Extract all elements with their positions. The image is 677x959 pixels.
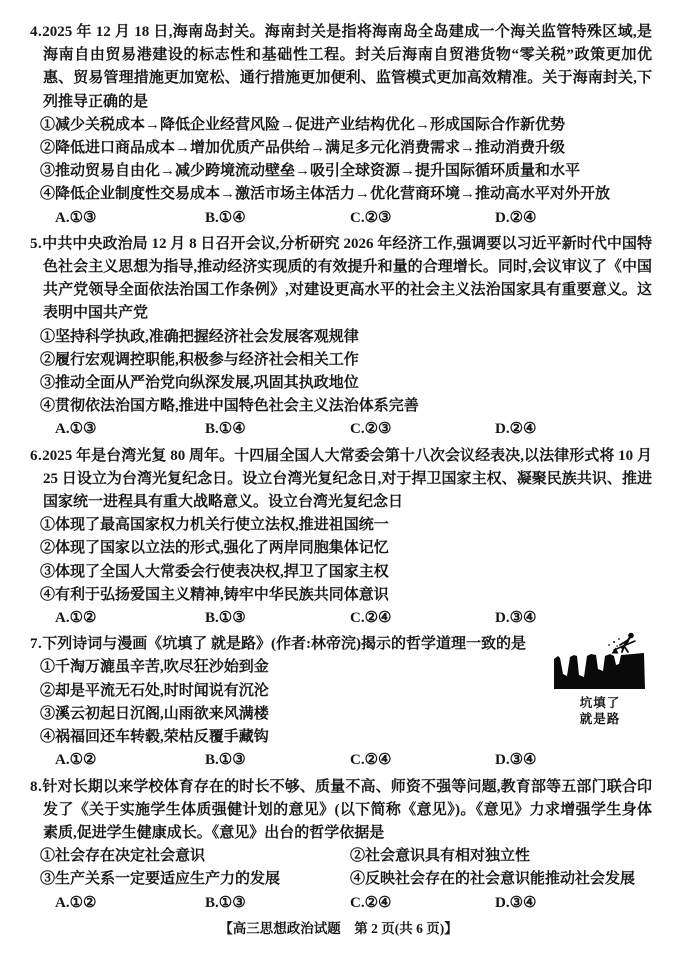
cartoon-caption: 坑填了 就是路 <box>550 695 650 727</box>
option-c: C.②④ <box>350 892 495 915</box>
question-number: 6. <box>30 448 42 464</box>
answer-options-row: A.①③ B.①④ C.②③ D.②④ <box>30 418 652 441</box>
option-a: A.①② <box>55 749 205 772</box>
question-item: ①体现了最高国家权力机关行使立法权,推进祖国统一 <box>30 514 652 537</box>
option-d: D.②④ <box>495 207 652 230</box>
question-6-stem: 6.2025 年是台湾光复 80 周年。十四届全国人大常委会第十八次会议经表决,… <box>30 445 652 515</box>
question-4: 4.2025 年 12 月 18 日,海南岛封关。海南封关是指将海南岛全岛建成一… <box>30 21 652 230</box>
question-6: 6.2025 年是台湾光复 80 周年。十四届全国人大常委会第十八次会议经表决,… <box>30 445 652 631</box>
question-item: ②社会意识具有相对独立性 <box>340 845 652 868</box>
option-b: B.①③ <box>205 749 350 772</box>
option-d: D.②④ <box>495 418 652 441</box>
question-5: 5.中共中央政治局 12 月 8 日召开会议,分析研究 2026 年经济工作,强… <box>30 233 652 442</box>
cartoon-caption-line2: 就是路 <box>550 711 650 727</box>
question-item: ④祸福回还车转毂,荣枯反覆手藏钩 <box>30 726 652 749</box>
option-d: D.③④ <box>495 607 652 630</box>
question-item: ③推动贸易自由化→减少跨境流动壁垒→吸引全球资源→提升国际循环质量和水平 <box>30 160 652 183</box>
question-stem-text: 下列诗词与漫画《坑填了 就是路》(作者:林帝浣)揭示的哲学道理一致的是 <box>42 636 526 652</box>
exam-paper-page: 4.2025 年 12 月 18 日,海南岛封关。海南封关是指将海南岛全岛建成一… <box>0 0 677 959</box>
question-item: ③生产关系一定要适应生产力的发展 <box>30 868 340 891</box>
question-item: ④反映社会存在的社会意识能推动社会发展 <box>340 868 652 891</box>
option-a: A.①③ <box>55 207 205 230</box>
option-b: B.①④ <box>205 207 350 230</box>
option-a: A.①② <box>55 607 205 630</box>
page-footer: 【高三思想政治试题 第 2 页(共 6 页)】 <box>0 917 677 940</box>
question-8-stem: 8.针对长期以来学校体育存在的时长不够、质量不高、师资不强等问题,教育部等五部门… <box>30 776 652 846</box>
question-item: ①社会存在决定社会意识 <box>30 845 340 868</box>
option-b: B.①④ <box>205 418 350 441</box>
question-5-stem: 5.中共中央政治局 12 月 8 日召开会议,分析研究 2026 年经济工作,强… <box>30 233 652 326</box>
option-b: B.①③ <box>205 607 350 630</box>
question-8: 8.针对长期以来学校体育存在的时长不够、质量不高、师资不强等问题,教育部等五部门… <box>30 776 652 915</box>
question-stem-text: 2025 年 12 月 18 日,海南岛封关。海南封关是指将海南岛全岛建成一个海… <box>42 24 652 110</box>
question-item: ③体现了全国人大常委会行使表决权,捍卫了国家主权 <box>30 561 652 584</box>
question-stem-text: 针对长期以来学校体育存在的时长不够、质量不高、师资不强等问题,教育部等五部门联合… <box>42 779 652 841</box>
question-stem-text: 中共中央政治局 12 月 8 日召开会议,分析研究 2026 年经济工作,强调要… <box>42 236 652 322</box>
option-a: A.①③ <box>55 418 205 441</box>
cartoon-drawing-icon <box>551 629 649 691</box>
answer-options-row: A.①③ B.①④ C.②③ D.②④ <box>30 207 652 230</box>
question-item: ①坚持科学执政,准确把握经济社会发展客观规律 <box>30 326 652 349</box>
question-item: ④贯彻依法治国方略,推进中国特色社会主义法治体系完善 <box>30 395 652 418</box>
exam-content: 4.2025 年 12 月 18 日,海南岛封关。海南封关是指将海南岛全岛建成一… <box>30 21 652 918</box>
question-item: ④降低企业制度性交易成本→激活市场主体活力→优化营商环境→推动高水平对外开放 <box>30 183 652 206</box>
answer-options-row: A.①② B.①③ C.②④ D.③④ <box>30 892 652 915</box>
option-d: D.③④ <box>495 749 652 772</box>
question-7: 7.下列诗词与漫画《坑填了 就是路》(作者:林帝浣)揭示的哲学道理一致的是 ①千… <box>30 633 652 772</box>
question-item: ③推动全面从严治党向纵深发展,巩固其执政地位 <box>30 372 652 395</box>
question-items-grid: ①社会存在决定社会意识 ②社会意识具有相对独立性 ③生产关系一定要适应生产力的发… <box>30 845 652 891</box>
cartoon-caption-line1: 坑填了 <box>550 695 650 711</box>
question-4-stem: 4.2025 年 12 月 18 日,海南岛封关。海南封关是指将海南岛全岛建成一… <box>30 21 652 114</box>
question-number: 5. <box>30 236 42 252</box>
option-c: C.②③ <box>350 207 495 230</box>
option-d: D.③④ <box>495 892 652 915</box>
answer-options-row: A.①② B.①③ C.②④ D.③④ <box>30 749 652 772</box>
option-c: C.②③ <box>350 418 495 441</box>
option-a: A.①② <box>55 892 205 915</box>
answer-options-row: A.①② B.①③ C.②④ D.③④ <box>30 607 652 630</box>
question-number: 8. <box>30 779 42 795</box>
question-stem-text: 2025 年是台湾光复 80 周年。十四届全国人大常委会第十八次会议经表决,以法… <box>42 448 652 510</box>
question-number: 4. <box>30 24 42 40</box>
question-item: ②体现了国家以立法的形式,强化了两岸同胞集体记忆 <box>30 537 652 560</box>
option-c: C.②④ <box>350 607 495 630</box>
question-item: ②履行宏观调控职能,积极参与经济社会相关工作 <box>30 349 652 372</box>
question-number: 7. <box>30 636 42 652</box>
question-item: ①减少关税成本→降低企业经营风险→促进产业结构优化→形成国际合作新优势 <box>30 114 652 137</box>
question-item: ②降低进口商品成本→增加优质产品供给→满足多元化消费需求→推动消费升级 <box>30 137 652 160</box>
question-item: ④有利于弘扬爱国主义精神,铸牢中华民族共同体意识 <box>30 584 652 607</box>
option-b: B.①③ <box>205 892 350 915</box>
option-c: C.②④ <box>350 749 495 772</box>
pit-road-cartoon: 坑填了 就是路 <box>550 629 650 727</box>
